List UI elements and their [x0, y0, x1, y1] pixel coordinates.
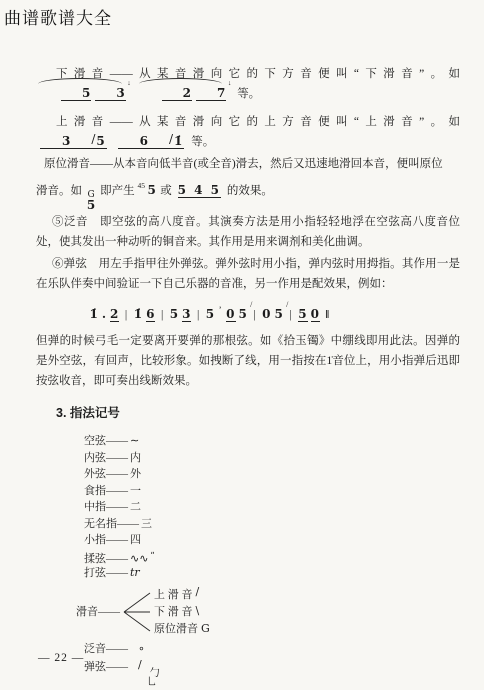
list-item-ring-finger: 无名指——三 [84, 516, 460, 533]
jianpu-notation-line: 1̇.2|1̇6|53|5’05/|05/|50‖ [88, 300, 460, 325]
branch-return-slide: 原位滑音G [154, 620, 210, 637]
list-item-inner-string: 内弦——内 [84, 450, 460, 467]
note-with-slide: 5/ [237, 304, 249, 325]
list-item-vibrato: 揉弦——∿∿ʺ [84, 549, 460, 566]
jianpu-example-down-slide: ↓ 53 ↓ 27 [36, 88, 237, 100]
up-slide-mark: / [286, 295, 289, 315]
inner-string-symbol: 内 [130, 451, 141, 464]
barline: | [253, 309, 256, 321]
up-slide-mark: / [250, 295, 253, 315]
paragraph-pluck: ⑥弹弦 用左手指甲往外弹弦。弹外弦时用小指，弹内弦时用拇指。其作用一是在乐队伴奏… [36, 254, 460, 294]
slide-types-fork: 滑音—— 上 滑 音/ 下 滑 音\ 原位滑音G [76, 586, 460, 638]
paragraph-down-slide: 下滑音——从某音滑向它的下方音便叫“下滑音”。如 ↓ 53 ↓ 27 等。 [36, 64, 460, 104]
up-slide-text: ——从某音滑向它的上方音便叫“上滑音”。如 [110, 116, 460, 128]
paragraph-harmonic: ⑤泛音 即空弦的高八度音。其演奏方法是用小指轻轻地浮在空弦高八度音位处，使其发出… [36, 212, 460, 252]
page-body: 下滑音——从某音滑向它的下方音便叫“下滑音”。如 ↓ 53 ↓ 27 等。 上滑… [36, 64, 460, 676]
paragraph-return-slide-line1: 原位滑音——从本音向低半音(或全音)滑去，然后又迅速地滑回本音，便叫原位 [36, 154, 460, 174]
list-item-little-finger: 小指——四 [84, 532, 460, 549]
little-finger-symbol: 四 [130, 533, 141, 546]
grace-note: 45 [137, 181, 145, 190]
fork-branches: 上 滑 音/ 下 滑 音\ 原位滑音G [154, 586, 210, 637]
paragraph-return-slide-line2: 滑音。如 G5 即产生 455 或 5 4 5 的效果。 [36, 176, 460, 210]
branch-up-slide: 上 滑 音/ [154, 586, 210, 603]
scanned-book-page: 曲谱歌谱大全 下滑音——从某音滑向它的下方音便叫“下滑音”。如 ↓ 53 ↓ 2… [0, 0, 484, 690]
ring-finger-symbol: 三 [141, 517, 152, 530]
term-up-slide: 上滑音 [56, 116, 110, 128]
list-item-index-finger: 食指——一 [84, 483, 460, 500]
fork-lines [122, 586, 152, 638]
term-slide: 滑音 [76, 602, 98, 622]
slur-pair: ↓ 27 [139, 84, 230, 104]
breath-mark: ’ [219, 305, 223, 315]
section-heading-fingering: 3. 指法记号 [56, 403, 460, 423]
jianpu-545: 5 4 5 [178, 184, 221, 198]
up-slide-mark: / [149, 133, 173, 146]
list-item-middle-finger: 中指——二 [84, 499, 460, 516]
list-item-pluck: 弹弦——/勹乚 [84, 658, 460, 676]
note-group: 6/1̇ [118, 135, 185, 149]
up-slide-mark: / [71, 133, 95, 146]
middle-finger-symbol: 二 [130, 500, 141, 513]
final-barline: ‖ [325, 309, 330, 321]
list-item-trill: 打弦——tr [84, 565, 460, 582]
jianpu-example-up-slide: 3/5 6/1̇ [36, 136, 191, 148]
barline: | [197, 309, 200, 321]
list-item-open-string: 空弦——∼ [84, 433, 460, 450]
note-group: 3/5 [40, 135, 107, 149]
paragraph-up-slide: 上滑音——从某音滑向它的上方音便叫“上滑音”。如 3/5 6/1̇ 等。 [36, 112, 460, 152]
vibrato-wave-symbol: ∿∿ [130, 552, 148, 565]
pluck-slash-symbol: / [138, 656, 142, 674]
down-arrow-icon: ↓ [107, 73, 131, 93]
trill-symbol: tr [130, 566, 140, 579]
harmonic-circle-symbol: ∘ [138, 642, 145, 655]
open-string-symbol: ∼ [130, 434, 139, 447]
note-with-slide: 5/ [273, 304, 285, 325]
paragraph-pluck-detail: 但弹的时候弓毛一定要离开要弹的那根弦。如《拾玉镯》中绷线即用此法。因弹的是外空弦… [36, 331, 460, 391]
down-slide-mark: \ [196, 602, 200, 619]
site-watermark-title: 曲谱歌谱大全 [4, 4, 112, 29]
barline: | [289, 309, 292, 321]
barline: | [125, 309, 128, 321]
up-slide-mark: / [196, 583, 200, 600]
list-item-outer-string: 外弦——外 [84, 466, 460, 483]
barline: | [161, 309, 164, 321]
down-arrow-icon: ↓ [208, 73, 232, 93]
branch-down-slide: 下 滑 音\ [154, 603, 210, 620]
pluck-hook-symbol: 勹乚 [150, 669, 160, 687]
page-number: — 22 — [38, 652, 84, 664]
vibrato-sup-mark: ʺ [150, 552, 154, 562]
return-slide-sign: G [201, 622, 210, 635]
g-sign-over-note: G5 [87, 190, 95, 210]
fingering-symbol-list: 空弦——∼ 内弦——内 外弦——外 食指——一 中指——二 无名指——三 小指—… [84, 433, 460, 582]
outer-string-symbol: 外 [130, 467, 141, 480]
index-finger-symbol: 一 [130, 484, 141, 497]
slur-pair: ↓ 53 [38, 84, 129, 104]
